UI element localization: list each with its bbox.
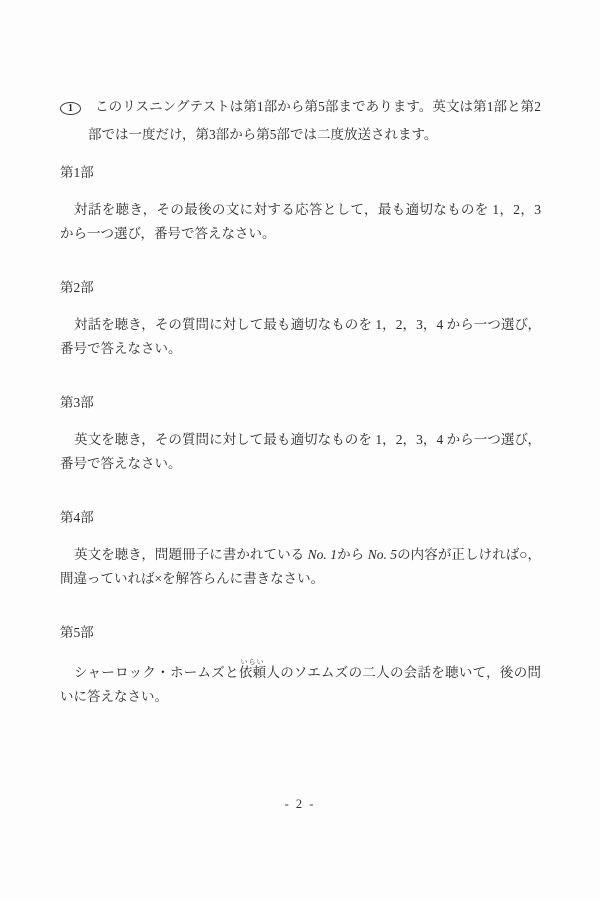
irai-ruby-base: 依頼 [239,665,267,680]
section-part4-body-prefix: 英文を聴き，問題冊子に書かれている [74,547,308,562]
section-part3-body: 英文を聴き，その質問に対して最も適切なものを 1，2，3，4 から一つ選び，番号… [60,428,541,476]
intro-paragraph: 1このリスニングテストは第1部から第5部まであります。英文は第1部と第2部では一… [60,93,541,149]
section-part4: 第4部 英文を聴き，問題冊子に書かれている No. 1から No. 5の内容が正… [60,506,541,591]
section-part4-body: 英文を聴き，問題冊子に書かれている No. 1から No. 5の内容が正しければ… [60,543,541,591]
section-part5-body: シャーロック・ホームズと依頼いらい人のソエムズの二人の会話を聴いて，後の問いに答… [60,658,541,709]
section-part1-heading: 第1部 [60,161,541,185]
section-part4-body-mid: から [337,547,368,562]
section-part2-body: 対話を聴き，その質問に対して最も適切なものを 1，2，3，4 から一つ選び，番号… [60,313,541,361]
section-part2-heading: 第2部 [60,276,541,300]
section-part1-body: 対話を聴き，その最後の文に対する応答として，最も適切なものを 1，2，3 から一… [60,198,541,246]
section-part3-heading: 第3部 [60,391,541,415]
section-part5-body-prefix: シャーロック・ホームズと [74,665,239,680]
no5-reference: No. 5 [368,547,397,562]
section-part5-heading: 第5部 [60,621,541,645]
circled-number-1: 1 [60,102,81,115]
section-part4-heading: 第4部 [60,506,541,530]
section-part5: 第5部 シャーロック・ホームズと依頼いらい人のソエムズの二人の会話を聴いて，後の… [60,621,541,709]
section-part1: 第1部 対話を聴き，その最後の文に対する応答として，最も適切なものを 1，2，3… [60,161,541,246]
exam-instruction-page: 1このリスニングテストは第1部から第5部まであります。英文は第1部と第2部では一… [0,0,600,900]
page-content: 1このリスニングテストは第1部から第5部まであります。英文は第1部と第2部では一… [60,0,541,709]
page-number: - 2 - [0,797,600,812]
circled-number-1-label: 1 [68,95,73,123]
no1-reference: No. 1 [308,547,337,562]
section-part2: 第2部 対話を聴き，その質問に対して最も適切なものを 1，2，3，4 から一つ選… [60,276,541,361]
section-part3: 第3部 英文を聴き，その質問に対して最も適切なものを 1，2，3，4 から一つ選… [60,391,541,476]
intro-text: このリスニングテストは第1部から第5部まであります。英文は第1部と第2部では一度… [88,99,541,142]
irai-ruby-text: いらい [239,658,266,666]
irai-ruby: 依頼いらい [239,665,267,680]
